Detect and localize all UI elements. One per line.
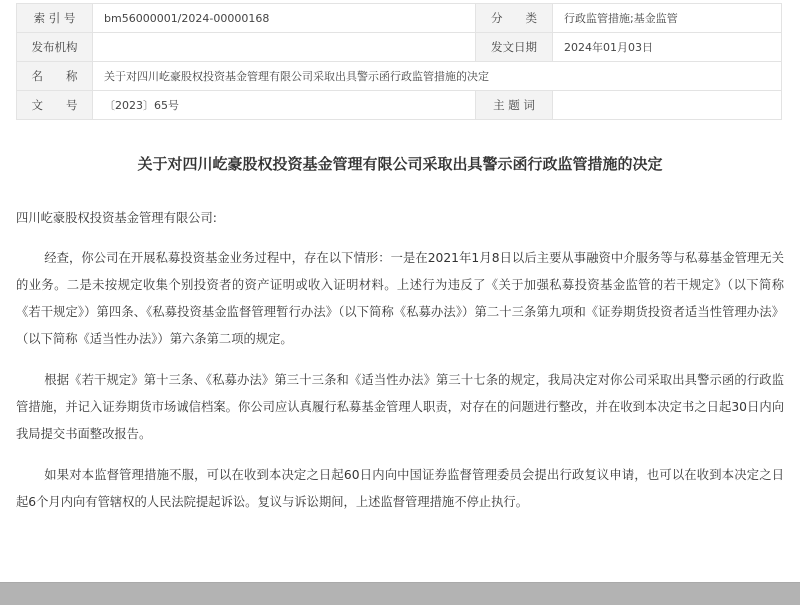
index-label: 索 引 号 <box>17 4 93 33</box>
meta-row-docno: 文 号 〔2023〕65号 主 题 词 <box>17 91 782 120</box>
date-label: 发文日期 <box>476 33 553 62</box>
docno-label: 文 号 <box>17 91 93 120</box>
paragraph-decision: 根据《若干规定》第十三条、《私募办法》第三十三条和《适当性办法》第三十七条的规定… <box>16 367 784 448</box>
category-value: 行政监管措施;基金监管 <box>553 4 782 33</box>
keywords-label: 主 题 词 <box>476 91 553 120</box>
salutation: 四川屹豪股权投资基金管理有限公司: <box>16 205 784 232</box>
category-label: 分 类 <box>476 4 553 33</box>
index-value: bm56000001/2024-00000168 <box>93 4 476 33</box>
meta-row-index: 索 引 号 bm56000001/2024-00000168 分 类 行政监管措… <box>17 4 782 33</box>
keywords-value <box>553 91 782 120</box>
publisher-label: 发布机构 <box>17 33 93 62</box>
footer-bar <box>0 582 800 605</box>
name-label: 名 称 <box>17 62 93 91</box>
publisher-value <box>93 33 476 62</box>
document-body: 四川屹豪股权投资基金管理有限公司: 经查，你公司在开展私募投资基金业务过程中，存… <box>16 205 784 530</box>
document-title: 关于对四川屹豪股权投资基金管理有限公司采取出具警示函行政监管措施的决定 <box>0 153 800 174</box>
date-value: 2024年01月03日 <box>553 33 782 62</box>
meta-row-name: 名 称 关于对四川屹豪股权投资基金管理有限公司采取出具警示函行政监管措施的决定 <box>17 62 782 91</box>
name-value: 关于对四川屹豪股权投资基金管理有限公司采取出具警示函行政监管措施的决定 <box>93 62 782 91</box>
paragraph-appeal: 如果对本监督管理措施不服，可以在收到本决定之日起60日内向中国证券监督管理委员会… <box>16 462 784 516</box>
docno-value: 〔2023〕65号 <box>93 91 476 120</box>
meta-row-publisher: 发布机构 发文日期 2024年01月03日 <box>17 33 782 62</box>
document-metadata-table: 索 引 号 bm56000001/2024-00000168 分 类 行政监管措… <box>16 3 782 120</box>
paragraph-findings: 经查，你公司在开展私募投资基金业务过程中，存在以下情形：一是在2021年1月8日… <box>16 245 784 353</box>
